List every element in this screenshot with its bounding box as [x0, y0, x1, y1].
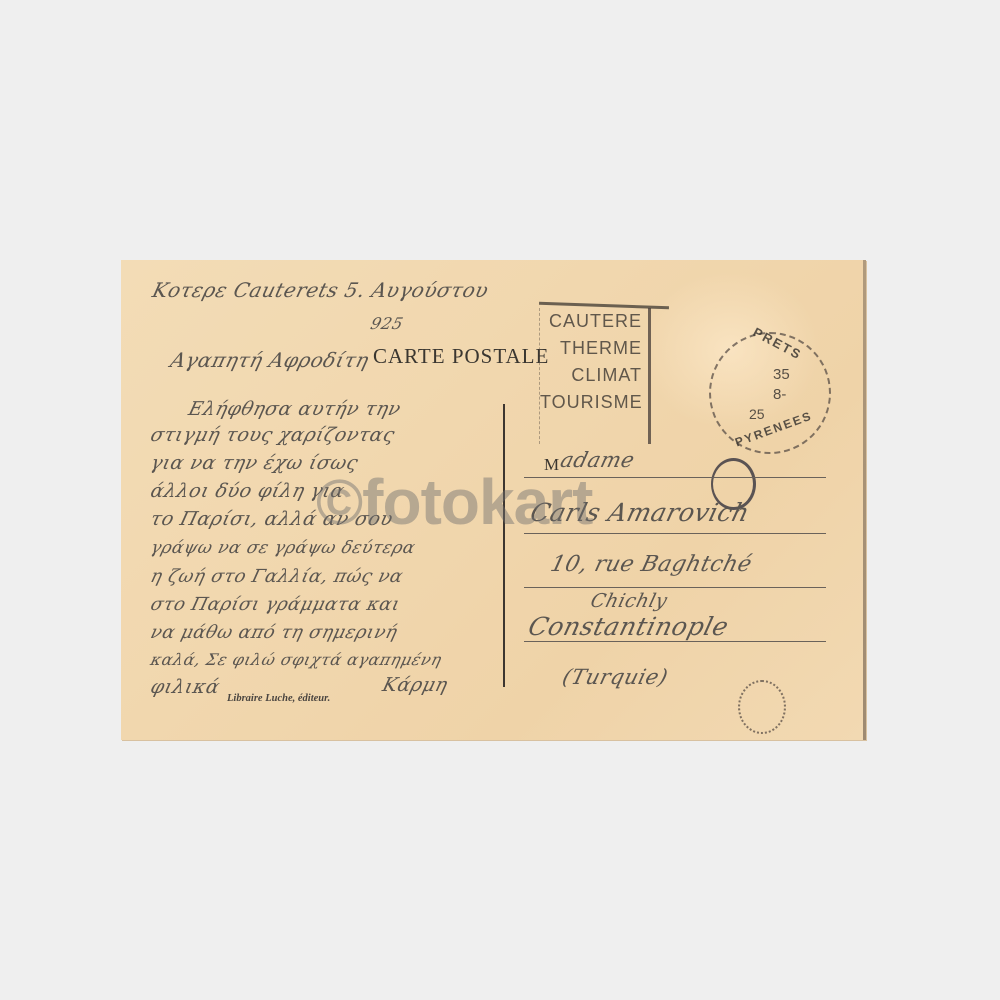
message-line: γράψω να σε γράψω δεύτερα: [149, 538, 418, 558]
card-divider: [503, 404, 505, 687]
slogan-line: THERME: [540, 335, 642, 362]
publisher-credit: Libraire Luche, éditeur.: [227, 693, 330, 704]
postmark-line3: 25: [749, 406, 765, 422]
slogan-line: CAUTERE: [540, 308, 642, 335]
address-rule: [524, 641, 826, 642]
postmark-line1: 35: [773, 366, 790, 383]
slogan-line: TOURISME: [540, 389, 642, 416]
message-line: να μάθω από τη σημερινή: [148, 622, 399, 643]
signature: Κάρμη: [380, 674, 450, 696]
date-postmark: PRETS 35 8- 25 PYRENEES: [709, 332, 831, 454]
postmark-region: PYRENEES: [733, 409, 814, 450]
message-line: φιλικά: [148, 676, 222, 698]
handwritten-header: Κοτερε Cauterets 5. Αυγούστου: [150, 278, 491, 302]
message-line: στιγμή τους χαρίζοντας: [148, 424, 397, 446]
watermark: ©fotokart: [316, 465, 592, 539]
handwritten-year: 925: [369, 314, 406, 333]
handwritten-salutation: Αγαπητή Αφροδίτη: [168, 348, 372, 372]
message-line: η ζωή στο Γαλλία, πώς να: [148, 566, 405, 587]
address-country: (Turquie): [560, 665, 671, 689]
message-line: Ελήφθησα αυτήν την: [186, 398, 403, 420]
address-city: Constantinople: [525, 612, 731, 641]
postcard-back: Κοτερε Cauterets 5. Αυγούστου 925 Αγαπητ…: [121, 260, 866, 740]
address-rule: [524, 587, 826, 588]
card-title: CARTE POSTALE: [373, 344, 549, 369]
faint-stamp: [738, 680, 786, 734]
address-street: 10, rue Baghtché: [548, 552, 755, 577]
message-line: στο Παρίσι γράμματα και: [148, 594, 402, 615]
message-line: καλά, Σε φιλώ σφιχτά αγαπημένη: [149, 650, 444, 669]
slogan-postmark: CAUTERE THERME CLIMAT TOURISME: [539, 308, 651, 444]
slogan-line: CLIMAT: [540, 362, 642, 389]
address-district: Chichly: [588, 590, 670, 612]
postmark-line2: 8-: [773, 386, 786, 403]
